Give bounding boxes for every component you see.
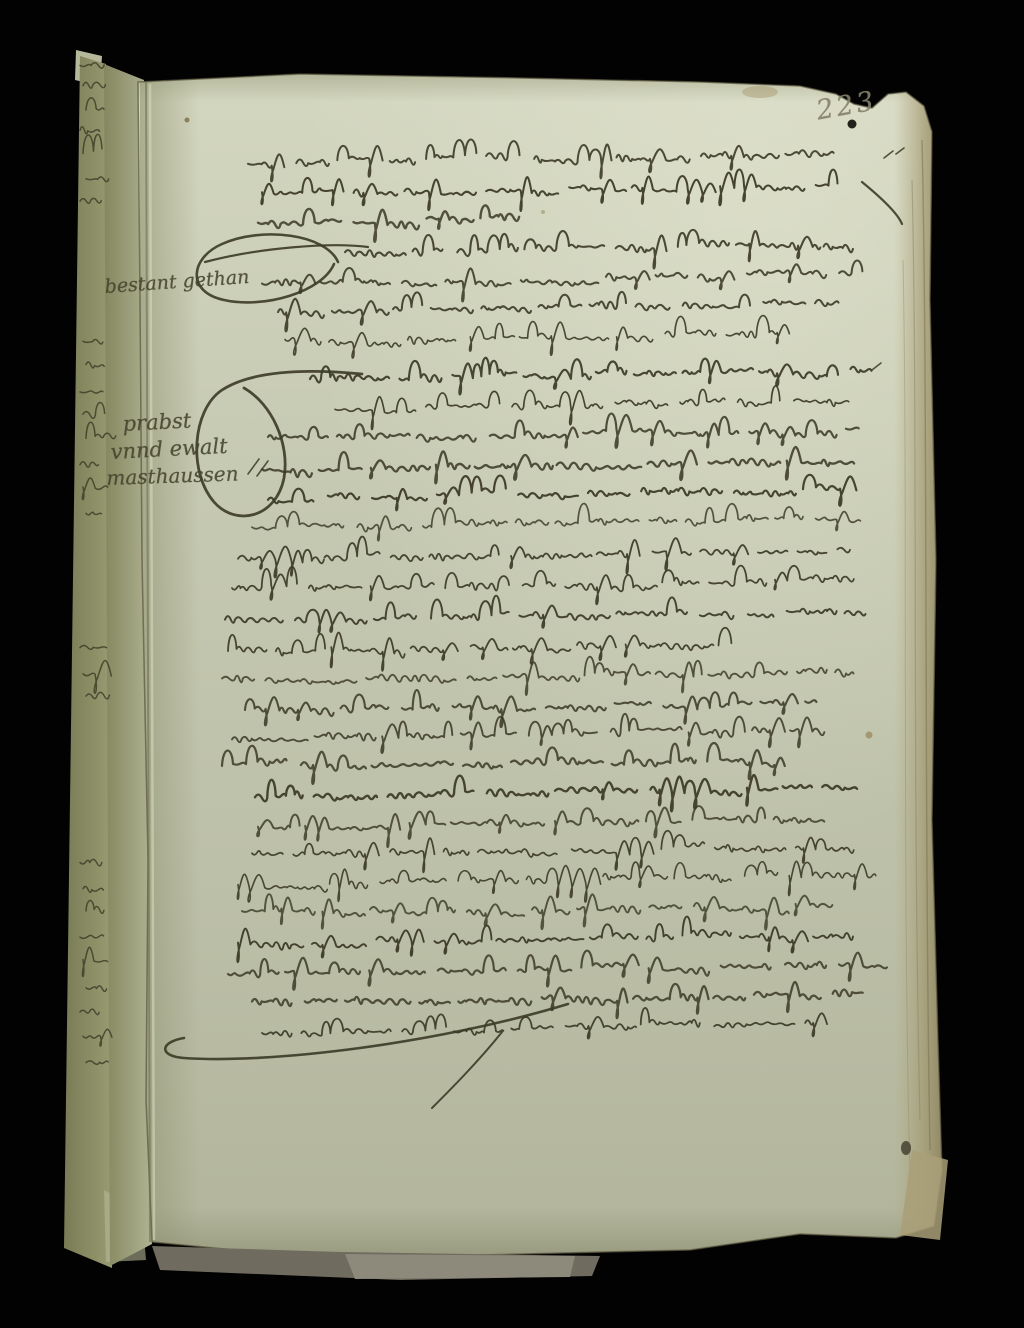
manuscript-page [118,70,950,1270]
stain-spot [866,732,873,739]
manuscript-photo: 223 bestant gethan prabst vnnd ewalt mas… [0,0,1024,1328]
stain-spot [541,210,545,214]
ink-smudge [901,1141,911,1155]
stain-spot [185,118,190,123]
manuscript-scene [0,0,1024,1328]
edge-smudge [742,86,778,98]
margin-note-masthaussen: masthaussen [106,461,239,490]
margin-note-prabst: prabst [122,408,192,436]
